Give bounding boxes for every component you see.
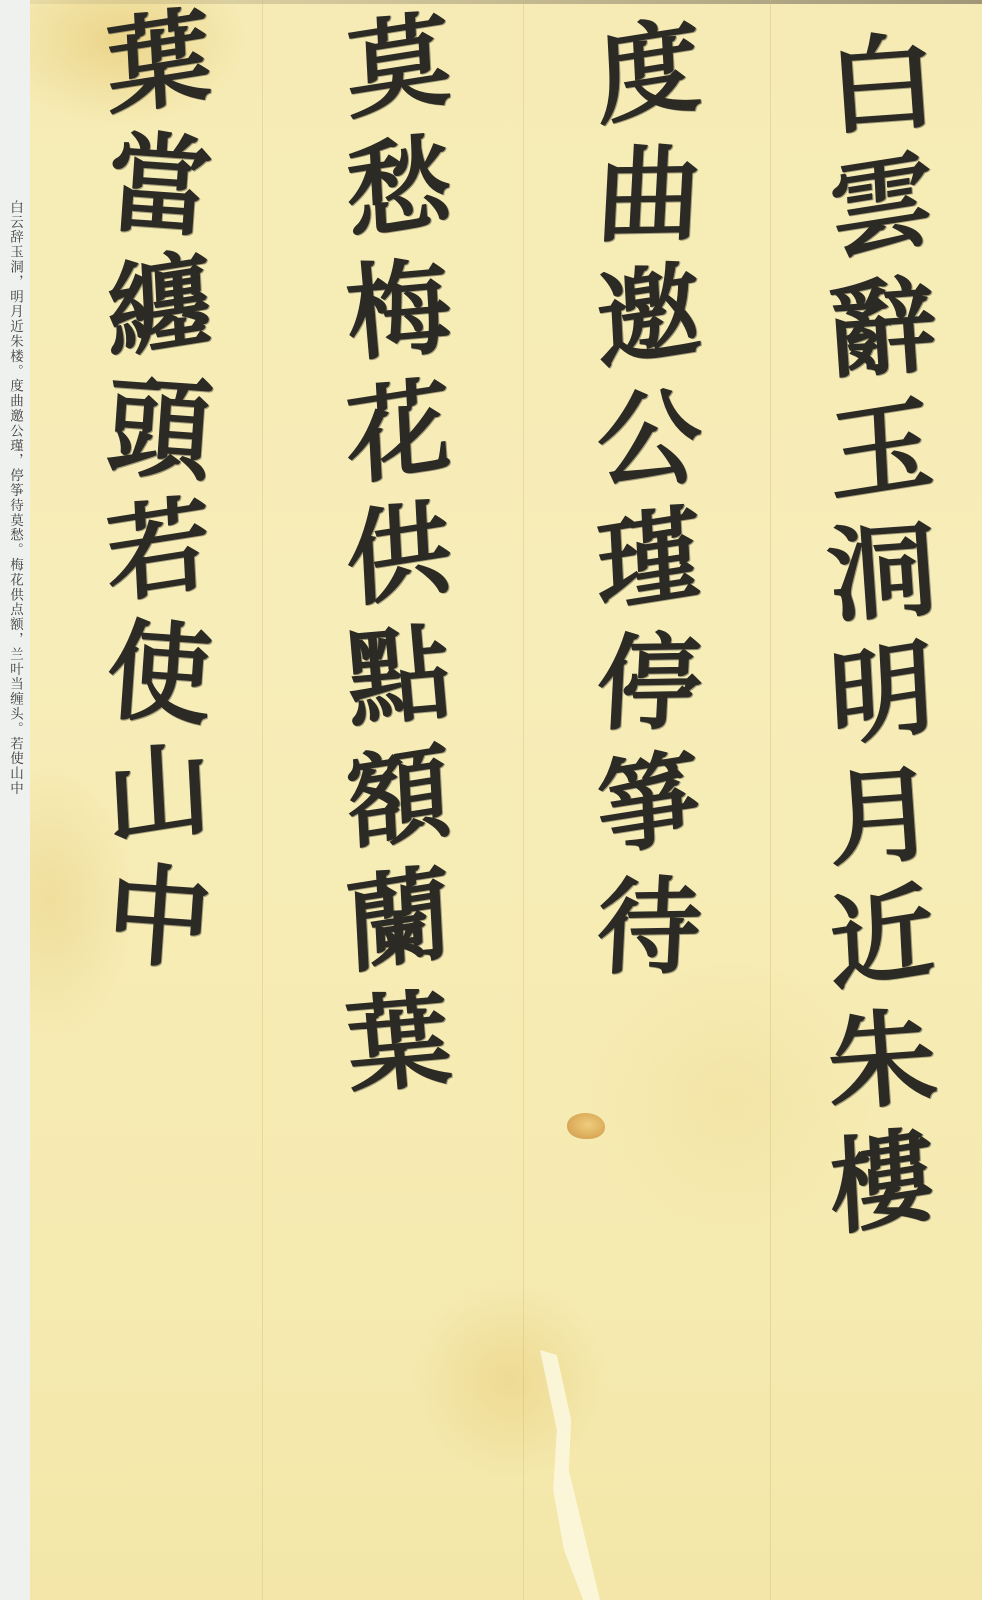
fold-line <box>262 0 263 1600</box>
calligraphy-column-4: 葉當纏頭若使山中 <box>85 8 215 984</box>
fold-line <box>770 0 771 1600</box>
calligraphy-character: 雲 <box>805 142 941 284</box>
calligraphy-character: 葉 <box>320 983 460 1116</box>
calligraphy-character: 梅 <box>320 251 460 384</box>
calligraphy-character: 玉 <box>805 386 941 528</box>
calligraphy-character: 纏 <box>82 242 218 384</box>
calligraphy-column-1: 白雲辭玉洞明月近朱樓 <box>808 30 938 1250</box>
transcription-annotation: 白云辞玉洞，明月近朱楼。度曲邀公瑾，停筝待莫愁。梅花供点额，兰叶当缠头。若使山中 <box>6 200 24 796</box>
paper-stain <box>567 1113 605 1139</box>
calligraphy-character: 山 <box>82 730 218 872</box>
calligraphy-character: 額 <box>322 734 458 876</box>
calligraphy-character: 明 <box>805 630 941 772</box>
calligraphy-character: 花 <box>322 368 458 510</box>
calligraphy-character: 愁 <box>322 124 458 266</box>
calligraphy-character: 莫 <box>322 2 458 144</box>
calligraphy-character: 近 <box>805 874 941 1016</box>
scanned-page: 白云辞玉洞，明月近朱楼。度曲邀公瑾，停筝待莫愁。梅花供点额，兰叶当缠头。若使山中… <box>0 0 982 1600</box>
calligraphy-column-3: 莫愁梅花供點額蘭葉 <box>325 12 455 1110</box>
calligraphy-character: 邀 <box>572 252 708 394</box>
calligraphy-character: 頭 <box>81 367 220 504</box>
calligraphy-character: 箏 <box>572 740 708 882</box>
calligraphy-character: 中 <box>81 855 220 992</box>
calligraphy-character: 曲 <box>572 139 709 263</box>
calligraphy-character: 當 <box>81 123 220 260</box>
calligraphy-character: 公 <box>572 383 709 507</box>
calligraphy-character: 若 <box>82 486 218 628</box>
calligraphy-character: 洞 <box>801 513 946 644</box>
left-margin: 白云辞玉洞，明月近朱楼。度曲邀公瑾，停筝待莫愁。梅花供点额，兰叶当缠头。若使山中 <box>0 0 30 1600</box>
calligraphy-character: 瑾 <box>572 496 708 638</box>
calligraphy-character: 葉 <box>82 0 218 140</box>
calligraphy-character: 待 <box>572 871 709 995</box>
calligraphy-character: 白 <box>801 25 946 156</box>
fold-line <box>523 0 524 1600</box>
calligraphy-character: 朱 <box>801 1001 946 1132</box>
calligraphy-character: 點 <box>320 617 460 750</box>
calligraphy-character: 度 <box>572 8 708 150</box>
calligraphy-character: 供 <box>322 490 458 632</box>
calligraphy-character: 月 <box>801 757 946 888</box>
calligraphy-column-2: 度曲邀公瑾停箏待 <box>575 18 705 994</box>
calligraphy-character: 辭 <box>801 269 946 400</box>
calligraphy-character: 使 <box>81 611 220 748</box>
calligraphy-character: 樓 <box>805 1118 941 1260</box>
calligraphy-character: 停 <box>572 627 709 751</box>
calligraphy-character: 蘭 <box>322 856 458 998</box>
